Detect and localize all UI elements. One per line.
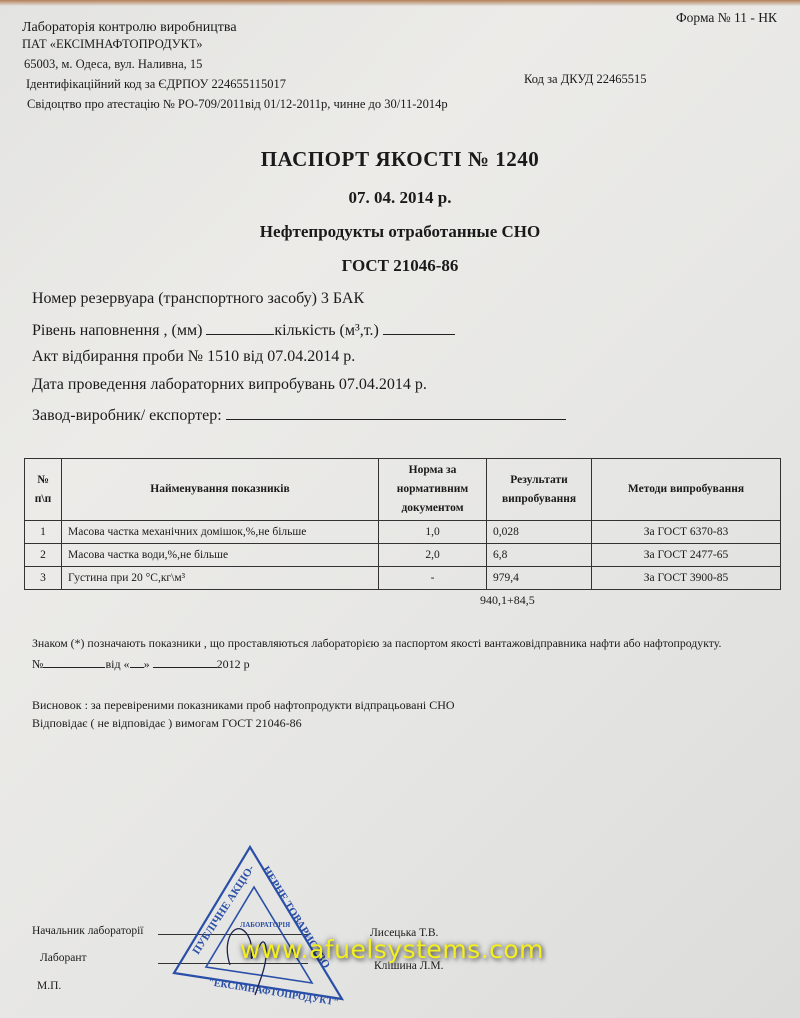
test-date: Дата проведення лабораторних випробувань…: [32, 376, 427, 394]
table-row: 3 Густина при 20 °С,кг\м³ - 979,4 За ГОС…: [25, 567, 781, 590]
seal-label: М.П.: [37, 980, 61, 992]
passport-title: ПАСПОРТ ЯКОСТІ № 1240: [0, 147, 800, 172]
passport-date: 07. 04. 2014 р.: [0, 188, 800, 208]
header-number: №п\п: [25, 459, 62, 521]
org-company: ПАТ «ЕКСІМНАФТОПРОДУКТ»: [22, 37, 203, 52]
quality-table: №п\п Найменування показників Норма занор…: [24, 458, 781, 590]
manufacturer-row: Завод-виробник/ експортер:: [32, 405, 566, 425]
density-note: 940,1+84,5: [480, 593, 535, 608]
quantity-label: кількість (м³,т.): [274, 322, 382, 339]
head-of-lab-label: Начальник лабораторії: [32, 925, 143, 937]
sampling-act: Акт відбирання проби № 1510 від 07.04.20…: [32, 348, 355, 366]
fill-level-row: Рівень наповнення , (мм) кількість (м³,т…: [32, 320, 455, 340]
triangle-stamp-icon: ПУБЛІЧНЕ АКЦІО- НЕРНЕ ТОВАРИСТВО "ЕКСІМН…: [170, 845, 345, 1005]
product-name: Нефтепродукты отработанные СНО: [0, 222, 800, 242]
org-name: Лабораторія контролю виробництва: [22, 20, 237, 36]
product-standard: ГОСТ 21046-86: [0, 256, 800, 276]
svg-text:ЛАБОРАТОРІЯ: ЛАБОРАТОРІЯ: [240, 921, 290, 929]
header-indicator: Найменування показників: [62, 459, 379, 521]
svg-text:"ЕКСІМНАФТОПРОДУКТ": "ЕКСІМНАФТОПРОДУКТ": [208, 977, 340, 1005]
lab-assistant-label: Лаборант: [40, 952, 87, 964]
dkud-code: Код за ДКУД 22465515: [524, 72, 647, 87]
org-edrpou: Ідентифікаційний код за ЄДРПОУ 224655115…: [26, 77, 286, 92]
reference-line: №від «» 2012 р: [32, 655, 250, 672]
table-row: 1 Масова частка механічних домішок,%,не …: [25, 521, 781, 544]
compliance: Відповідає ( не відповідає ) вимогам ГОС…: [32, 716, 302, 731]
asterisk-note: Знаком (*) позначають показники , що про…: [32, 636, 721, 651]
form-number: Форма № 11 - НК: [676, 10, 777, 26]
table-header-row: №п\п Найменування показників Норма занор…: [25, 459, 781, 521]
table-row: 2 Масова частка води,%,не більше 2,0 6,8…: [25, 544, 781, 567]
manufacturer-label: Завод-виробник/ експортер:: [32, 407, 226, 424]
tank-number: Номер резервуара (транспортного засобу) …: [32, 290, 364, 308]
fill-level-blank: [206, 320, 274, 335]
conclusion: Висновок : за перевіреними показниками п…: [32, 698, 455, 713]
header-result: Результативипробування: [487, 459, 592, 521]
photo-edge: [0, 0, 800, 6]
quantity-blank: [383, 320, 455, 335]
org-certificate: Свідоцтво про атестацію № РО-709/2011від…: [27, 97, 448, 112]
watermark-text: www.afuelsystems.com: [240, 935, 544, 964]
header-norm: Норма занормативнимдокументом: [379, 459, 487, 521]
org-address: 65003, м. Одеса, вул. Наливна, 15: [24, 57, 202, 72]
fill-level-label: Рівень наповнення , (мм): [32, 322, 206, 339]
header-method: Методи випробування: [592, 459, 781, 521]
manufacturer-blank: [226, 405, 566, 420]
